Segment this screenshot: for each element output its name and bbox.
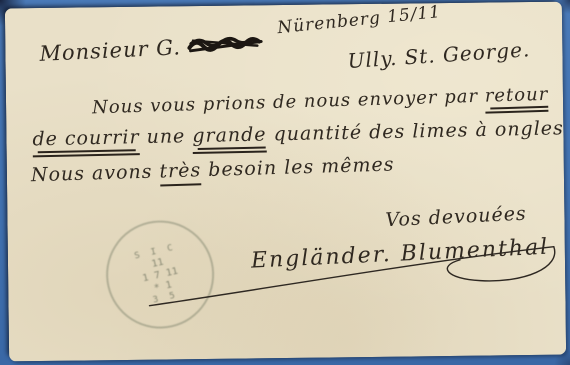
body-line-1: Nous vous prions de nous envoyer par ret… — [92, 84, 549, 119]
addressee-line: Monsieur G. — [39, 31, 265, 66]
underlined-word-retour: retour — [484, 84, 548, 114]
body-text: une — [139, 125, 192, 148]
postcard: Nürenberg 15/11 Monsieur G. Ully. St. Ge… — [5, 2, 566, 362]
body-line-3: Nous avons très besoin les mêmes — [31, 153, 395, 186]
addressee-text: Monsieur G. — [39, 35, 182, 66]
body-text: Nous avons — [31, 160, 160, 186]
closing-line: Vos devouées — [385, 203, 527, 232]
body-text: Nous vous prions de nous envoyer par — [92, 86, 485, 119]
postmark-stamp-circle: S I C 11 1 7 11 * 1 3 5 — [96, 210, 225, 339]
body-line-2: de courrir une grande quantité des limes… — [32, 117, 564, 150]
underlined-word-decourrir: de courrir — [32, 126, 140, 157]
body-text: quantité des limes à ongles — [266, 117, 564, 145]
signature: Engländer. Blumenthal — [250, 235, 549, 274]
body-text: besoin les mêmes — [201, 153, 395, 181]
dateline: Nürenberg 15/11 — [276, 2, 441, 38]
scribbled-out-name — [186, 31, 265, 59]
underlined-word-grande: grande — [192, 124, 267, 155]
address-town: Ully. St. George. — [347, 37, 531, 73]
underlined-word-tres: très — [159, 159, 201, 186]
